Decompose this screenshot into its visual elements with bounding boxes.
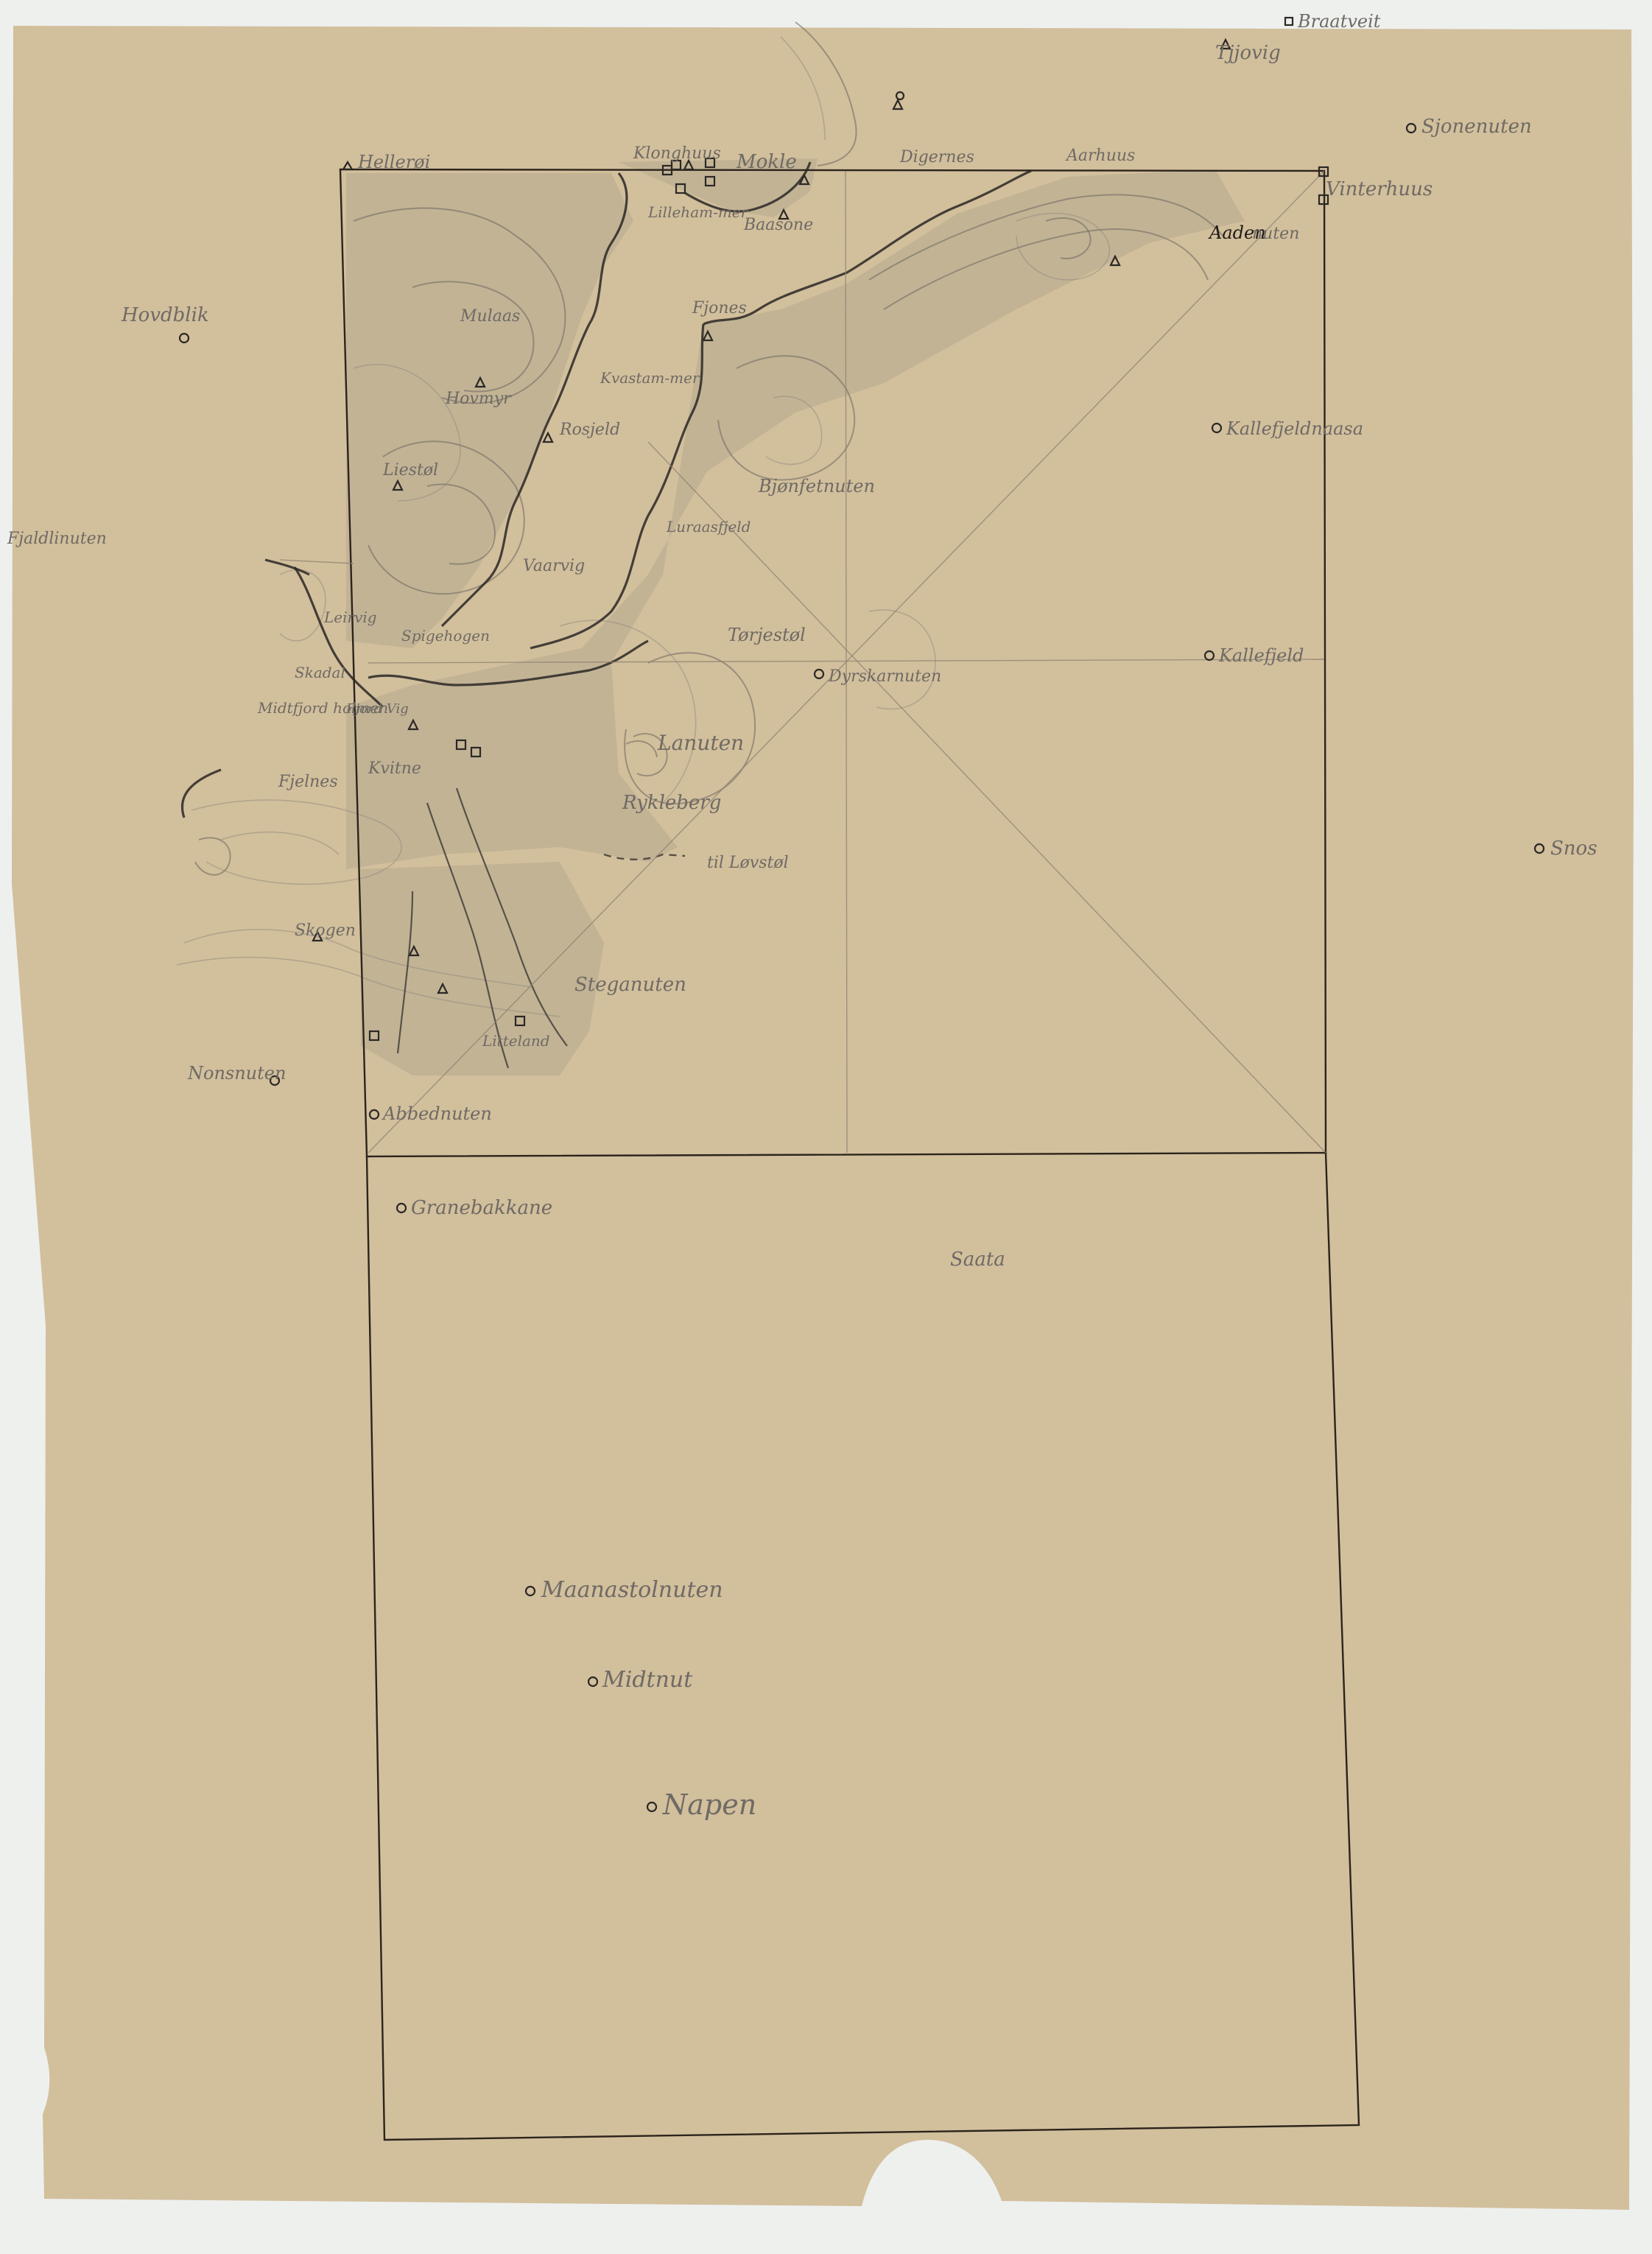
label-steganuten: Steganuten: [574, 974, 686, 996]
label-snos: Snos: [1550, 838, 1597, 860]
label-litteland: Litteland: [482, 1032, 550, 1050]
label-hovdblik: Hovdblik: [121, 304, 209, 326]
label-aadennuten: nuten: [1252, 225, 1299, 243]
label-maanastolnuten: Maanastolnuten: [541, 1577, 723, 1603]
label-fjaldlinuten: Fjaldlinuten: [7, 530, 107, 548]
label-napen: Napen: [662, 1788, 756, 1821]
label-kvastammer: Kvastam-mer: [600, 369, 700, 387]
label-fjelnes: Fjelnes: [278, 773, 338, 791]
label-baasone: Baasone: [743, 216, 813, 234]
label-kallefjeld: Kallefjeld: [1218, 645, 1304, 666]
label-digernes: Digernes: [899, 148, 974, 166]
label-kvitne: Kvitne: [368, 759, 421, 778]
label-lillehammer: Lilleham-mer: [647, 203, 749, 221]
label-hovmyr: Hovmyr: [445, 390, 512, 408]
label-granebakkane: Granebakkane: [411, 1197, 552, 1219]
label-skogen: Skogen: [295, 921, 356, 940]
label-rykleberg: Rykleberg: [622, 792, 721, 814]
label-midtnut: Midtnut: [602, 1667, 693, 1693]
label-spigehogen: Spigehogen: [401, 627, 490, 645]
label-sjonenuten: Sjonenuten: [1421, 116, 1532, 138]
label-aarhuus: Aarhuus: [1065, 147, 1135, 165]
label-abbednuten: Abbednuten: [382, 1103, 492, 1124]
label-torjestol: Tørjestøl: [728, 625, 806, 645]
label-klonghuus: Klonghuus: [633, 144, 721, 163]
map-sheet: Braatveit Tjjovig Sjonenuten Vinterhuus …: [0, 0, 1652, 2254]
label-fjord-vig: Fjord Vig: [345, 701, 409, 717]
label-fjones: Fjones: [692, 299, 747, 317]
label-saata: Saata: [950, 1249, 1005, 1271]
label-nonsnuten: Nonsnuten: [187, 1063, 286, 1084]
label-bjonfetnuten: Bjønfetnuten: [758, 476, 875, 496]
label-braatveit: Braatveit: [1297, 11, 1381, 32]
label-leirvig: Leirvig: [323, 608, 377, 626]
label-kallefjeldnaasa: Kallefjeldnaasa: [1226, 418, 1363, 439]
label-rosjeld: Rosjeld: [559, 421, 620, 439]
label-vaarvig: Vaarvig: [523, 557, 585, 575]
label-mulaas: Mulaas: [460, 307, 520, 326]
label-mokle: Mokle: [736, 151, 797, 173]
label-lureaasfjeld: Luraasfjeld: [666, 518, 751, 536]
label-til-lovstol: til Løvstøl: [707, 854, 789, 872]
label-lanuten: Lanuten: [657, 731, 744, 755]
label-liestoel: Liestøl: [382, 461, 438, 480]
label-vinterhuus: Vinterhuus: [1326, 178, 1433, 200]
label-tjjovig: Tjjovig: [1215, 42, 1281, 64]
label-skadal: Skadal: [295, 664, 345, 681]
label-helleroe: Hellerøi: [357, 152, 430, 172]
label-dyrskarnuten: Dyrskarnuten: [828, 667, 941, 686]
